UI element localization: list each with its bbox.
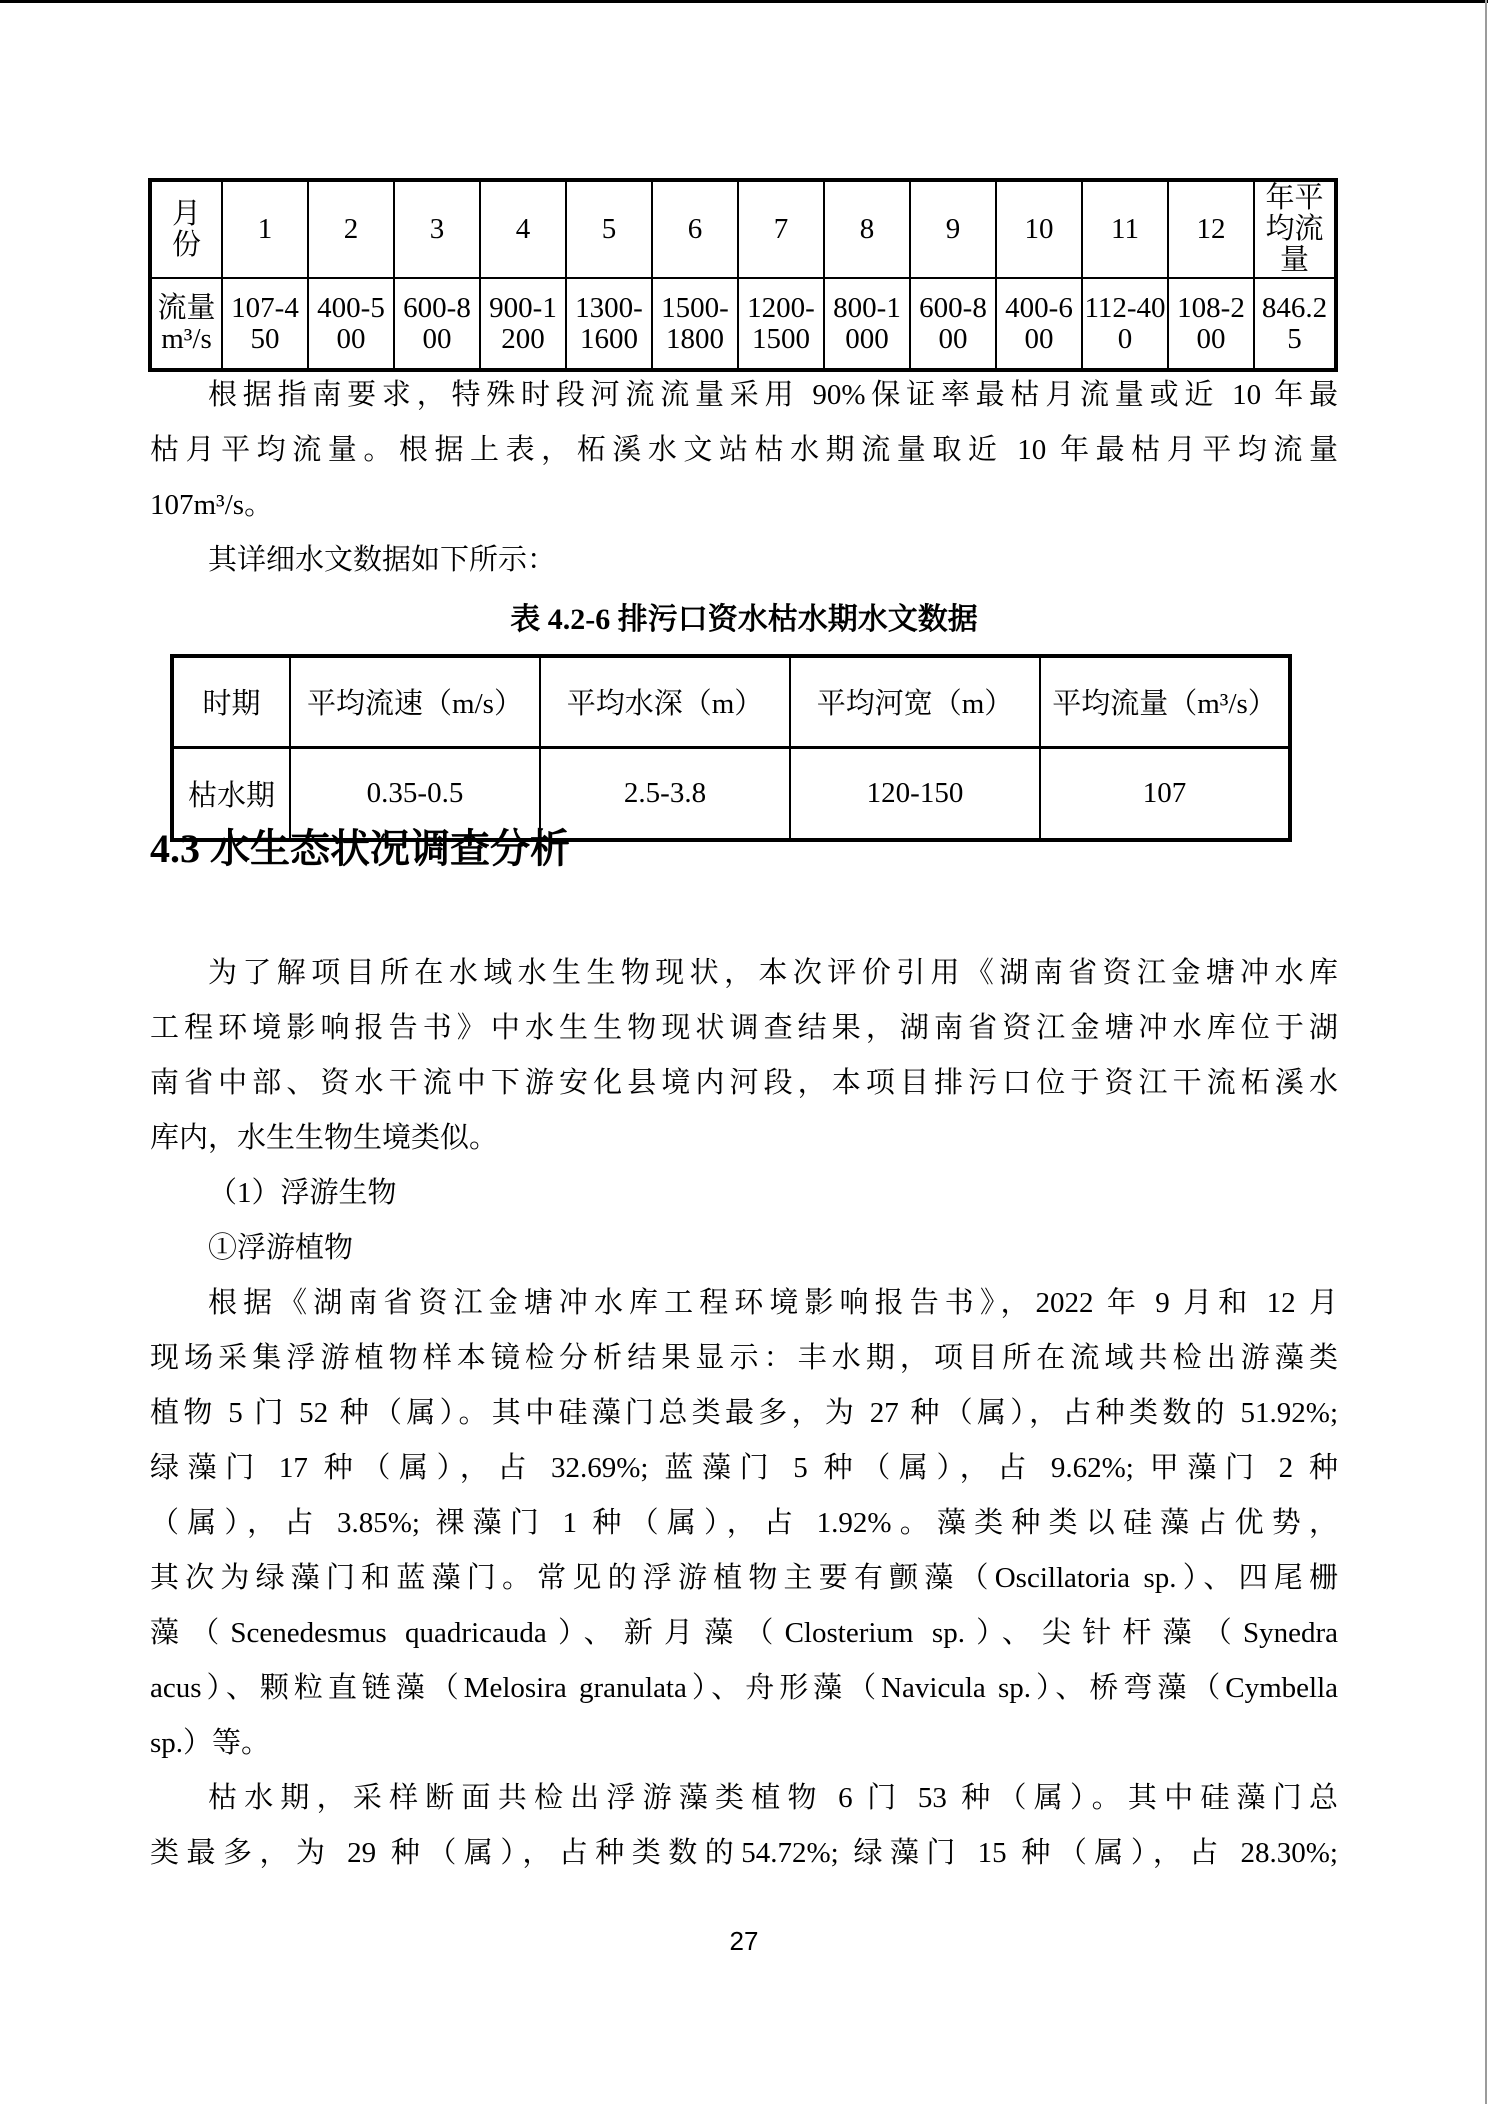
text-line: 为了解项目所在水域水生生物现状，本次评价引用《湖南省资江金塘冲水库 bbox=[150, 946, 1338, 1001]
text-line: 工程环境影响报告书》中水生生物现状调查结果，湖南省资江金塘冲水库位于湖 bbox=[150, 1001, 1338, 1056]
text-line: 枯月平均流量。根据上表，柘溪水文站枯水期流量取近 10 年最枯月平均流量 bbox=[150, 423, 1338, 478]
text-line: 根据《湖南省资江金塘冲水库工程环境影响报告书》，2022 年 9 月和 12 月 bbox=[150, 1276, 1338, 1331]
table-cell: 400-600 bbox=[996, 278, 1082, 370]
text-line: 绿藻门 17 种（属），占 32.69%; 蓝藻门 5 种（属），占 9.62%… bbox=[150, 1441, 1338, 1496]
table-header-cell: 7 bbox=[738, 180, 824, 278]
page-top-rule bbox=[0, 0, 1488, 3]
paragraph-ecology: 为了解项目所在水域水生生物现状，本次评价引用《湖南省资江金塘冲水库 工程环境影响… bbox=[150, 946, 1338, 1881]
text-line: 根据指南要求，特殊时段河流流量采用 90%保证率最枯月流量或近 10 年最 bbox=[150, 368, 1338, 423]
table-header-cell: 9 bbox=[910, 180, 996, 278]
table-cell: 600-800 bbox=[394, 278, 480, 370]
table-cell: 600-800 bbox=[910, 278, 996, 370]
text-line: 库内，水生生物生境类似。 bbox=[150, 1111, 1338, 1166]
section-heading: 4.3 水生态状况调查分析 bbox=[150, 822, 1338, 876]
text-line: 其详细水文数据如下所示： bbox=[150, 533, 1338, 588]
hydrology-table: 时期 平均流速（m/s） 平均水深（m） 平均河宽（m） 平均流量（m³/s） … bbox=[170, 654, 1292, 842]
table-header-cell: 平均河宽（m） bbox=[790, 656, 1040, 747]
table-cell: 流量 m³/s bbox=[150, 278, 222, 370]
table-header-cell: 平均水深（m） bbox=[540, 656, 790, 747]
table-cell: 400-500 bbox=[308, 278, 394, 370]
table-header-cell: 年平 均流 量 bbox=[1254, 180, 1336, 278]
table-header-cell: 平均流量（m³/s） bbox=[1040, 656, 1290, 747]
table-header-cell: 3 bbox=[394, 180, 480, 278]
text-line: （属），占 3.85%; 裸藻门 1 种（属），占 1.92%。藻类种类以硅藻占… bbox=[150, 1496, 1338, 1551]
text-line: 107m³/s。 bbox=[150, 478, 1338, 533]
table-header-cell: 平均流速（m/s） bbox=[290, 656, 540, 747]
text-line: 植物 5 门 52 种（属）。其中硅藻门总类最多，为 27 种（属），占种类数的… bbox=[150, 1386, 1338, 1441]
text-line: ①浮游植物 bbox=[150, 1221, 1338, 1276]
table-header-cell: 10 bbox=[996, 180, 1082, 278]
table-header-cell: 5 bbox=[566, 180, 652, 278]
table-header-cell: 2 bbox=[308, 180, 394, 278]
table-header-cell: 1 bbox=[222, 180, 308, 278]
table-header-cell: 6 bbox=[652, 180, 738, 278]
text-line: （1）浮游生物 bbox=[150, 1166, 1338, 1221]
text-line: 藻（Scenedesmus quadricauda）、新月藻（Closteriu… bbox=[150, 1606, 1338, 1661]
table-row: 流量 m³/s 107-450 400-500 600-800 900-1200… bbox=[150, 278, 1336, 370]
table-header-row: 月 份 1 2 3 4 5 6 7 8 9 10 11 12 年平 均流 量 bbox=[150, 180, 1336, 278]
table-header-cell: 12 bbox=[1168, 180, 1254, 278]
text-line: acus）、颗粒直链藻（Melosira granulata）、舟形藻（Navi… bbox=[150, 1661, 1338, 1716]
table-cell: 108-200 bbox=[1168, 278, 1254, 370]
table-header-cell: 11 bbox=[1082, 180, 1168, 278]
text-line: 其次为绿藻门和蓝藻门。常见的浮游植物主要有颤藻（Oscillatoria sp.… bbox=[150, 1551, 1338, 1606]
table-caption: 表 4.2-6 排污口资水枯水期水文数据 bbox=[150, 598, 1338, 642]
table-cell: 1300-1600 bbox=[566, 278, 652, 370]
paragraph-flow: 根据指南要求，特殊时段河流流量采用 90%保证率最枯月流量或近 10 年最 枯月… bbox=[150, 368, 1338, 588]
table-cell: 1500-1800 bbox=[652, 278, 738, 370]
table-cell: 800-1000 bbox=[824, 278, 910, 370]
table-header-cell: 4 bbox=[480, 180, 566, 278]
document-page: 月 份 1 2 3 4 5 6 7 8 9 10 11 12 年平 均流 量 流… bbox=[0, 0, 1488, 2104]
page-right-rule bbox=[1485, 0, 1487, 2104]
table-header-row: 时期 平均流速（m/s） 平均水深（m） 平均河宽（m） 平均流量（m³/s） bbox=[172, 656, 1290, 747]
table-header-cell: 时期 bbox=[172, 656, 290, 747]
table-cell: 1200-1500 bbox=[738, 278, 824, 370]
text-line: 现场采集浮游植物样本镜检分析结果显示：丰水期，项目所在流域共检出游藻类 bbox=[150, 1331, 1338, 1386]
text-line: sp.）等。 bbox=[150, 1716, 1338, 1771]
page-number: 27 bbox=[0, 1926, 1488, 1957]
table-header-cell: 月 份 bbox=[150, 180, 222, 278]
monthly-flow-table: 月 份 1 2 3 4 5 6 7 8 9 10 11 12 年平 均流 量 流… bbox=[148, 178, 1338, 372]
text-line: 类最多，为 29 种（属），占种类数的54.72%; 绿藻门 15 种（属），占… bbox=[150, 1826, 1338, 1881]
table-cell: 846.25 bbox=[1254, 278, 1336, 370]
table-cell: 900-1200 bbox=[480, 278, 566, 370]
text-line: 枯水期，采样断面共检出浮游藻类植物 6 门 53 种（属）。其中硅藻门总 bbox=[150, 1771, 1338, 1826]
text-line: 南省中部、资水干流中下游安化县境内河段，本项目排污口位于资江干流柘溪水 bbox=[150, 1056, 1338, 1111]
table-header-cell: 8 bbox=[824, 180, 910, 278]
table-cell: 107-450 bbox=[222, 278, 308, 370]
table-cell: 112-400 bbox=[1082, 278, 1168, 370]
